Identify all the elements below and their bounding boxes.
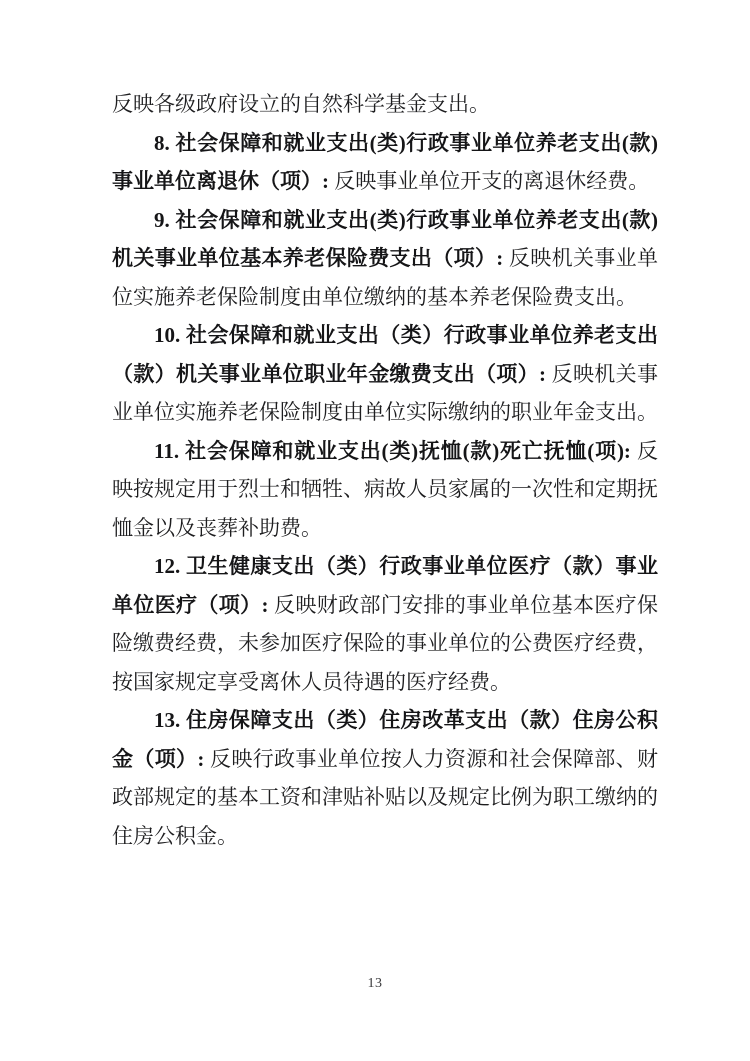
document-page: 反映各级政府设立的自然科学基金支出。 8. 社会保障和就业支出(类)行政事业单位…	[0, 0, 750, 1061]
budget-item-10: 10. 社会保障和就业支出（类）行政事业单位养老支出（款）机关事业单位职业年金缴…	[112, 316, 658, 432]
item-11-heading: 11. 社会保障和就业支出(类)抚恤(款)死亡抚恤(项):	[154, 439, 637, 463]
page-number: 13	[0, 976, 750, 992]
budget-item-12: 12. 卫生健康支出（类）行政事业单位医疗（款）事业单位医疗（项）: 反映财政部…	[112, 547, 658, 701]
budget-item-11: 11. 社会保障和就业支出(类)抚恤(款)死亡抚恤(项): 反映按规定用于烈士和…	[112, 432, 658, 548]
paragraph-intro-continuation: 反映各级政府设立的自然科学基金支出。	[112, 85, 658, 124]
budget-item-9: 9. 社会保障和就业支出(类)行政事业单位养老支出(款)机关事业单位基本养老保险…	[112, 201, 658, 317]
document-body: 反映各级政府设立的自然科学基金支出。 8. 社会保障和就业支出(类)行政事业单位…	[112, 85, 658, 855]
item-8-body: 反映事业单位开支的离退休经费。	[334, 169, 649, 193]
budget-item-13: 13. 住房保障支出（类）住房改革支出（款）住房公积金（项）: 反映行政事业单位…	[112, 701, 658, 855]
budget-item-8: 8. 社会保障和就业支出(类)行政事业单位养老支出(款)事业单位离退休（项）: …	[112, 124, 658, 201]
